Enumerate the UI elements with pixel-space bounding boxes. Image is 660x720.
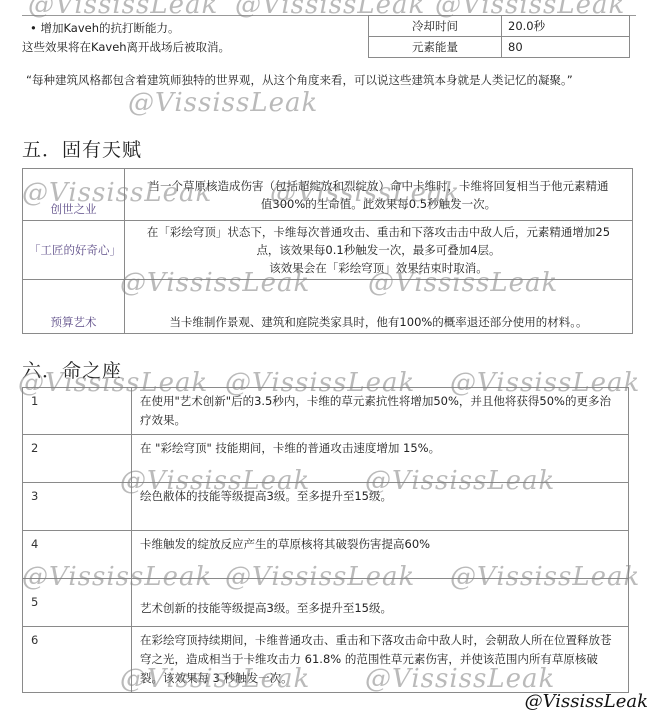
constellation-row: 3 绘色敝体的技能等级提高3级。至多提升至15级。 [23,483,629,531]
stat-value: 80 [502,37,630,58]
constellation-desc: 在 "彩绘穹顶" 技能期间，卡维的普通攻击速度增加 15%。 [132,435,629,483]
skill-stats-table: 冷却时间 20.0秒 元素能量 80 [368,15,630,58]
constellation-desc: 艺术创新的技能等级提高3级。至多提升至15级。 [132,579,629,627]
talent-name: 创世之业 [23,169,125,221]
cancel-note: 这些效果将在Kaveh离开战场后被取消。 [22,39,230,55]
constellation-number: 4 [23,531,132,579]
talent-desc: 在「彩绘穹顶」状态下，卡维每次普通攻击、重击和下落攻击击中敌人后，元素精通增加2… [125,221,633,280]
talent-name: 「工匠的好奇心」 [23,221,125,280]
watermark-corner: @VississLeak [525,691,648,712]
watermark: @VississLeak [128,88,318,118]
passive-talents-table: 创世之业 当一个草原核造成伤害（包括超绽放和烈绽放）命中卡维时，卡维将回复相当于… [22,168,633,334]
section-title-passive-talents: 五．固有天赋 [22,135,142,162]
talent-desc-line: 该效果会在「彩绘穹顶」效果结束时取消。 [131,259,626,277]
stat-label: 冷却时间 [369,16,502,37]
talent-desc-line: 在「彩绘穹顶」状态下，卡维每次普通攻击、重击和下落攻击击中敌人后，元素精通增加2… [131,223,626,241]
constellation-desc: 在彩绘穹顶持续期间，卡维普通攻击、重击和下落攻击命中敌人时，会朝敌人所在位置释放… [132,627,629,693]
talent-desc: 当卡维制作景观、建筑和庭院类家具时，他有100%的概率退还部分使用的材料。。 [125,280,633,334]
stat-label: 元素能量 [369,37,502,58]
constellation-number: 2 [23,435,132,483]
constellation-desc: 绘色敝体的技能等级提高3级。至多提升至15级。 [132,483,629,531]
constellation-row: 6 在彩绘穹顶持续期间，卡维普通攻击、重击和下落攻击命中敌人时，会朝敌人所在位置… [23,627,629,693]
constellation-desc: 卡维触发的绽放反应产生的草原核将其破裂伤害提高60% [132,531,629,579]
stat-value: 20.0秒 [502,16,630,37]
effect-bullet: • 增加Kaveh的抗打断能力。 [30,20,180,36]
talent-desc: 当一个草原核造成伤害（包括超绽放和烈绽放）命中卡维时，卡维将回复相当于他元素精通… [125,169,633,221]
constellation-row: 4 卡维触发的绽放反应产生的草原核将其破裂伤害提高60% [23,531,629,579]
constellation-number: 1 [23,388,132,435]
talent-name: 预算艺术 [23,280,125,334]
watermark: @VississLeak [28,0,218,20]
constellation-number: 6 [23,627,132,693]
constellation-row: 5 艺术创新的技能等级提高3级。至多提升至15级。 [23,579,629,627]
constellation-number: 5 [23,579,132,627]
constellation-number: 3 [23,483,132,531]
constellations-table: 1 在使用"艺术创新"后的3.5秒内，卡维的草元素抗性将增加50%，并且他将获得… [22,387,629,693]
talent-row: 预算艺术 当卡维制作景观、建筑和庭院类家具时，他有100%的概率退还部分使用的材… [23,280,633,334]
talent-row: 「工匠的好奇心」 在「彩绘穹顶」状态下，卡维每次普通攻击、重击和下落攻击击中敌人… [23,221,633,280]
talent-desc-line: 当卡维制作景观、建筑和庭院类家具时，他有100%的概率退还部分使用的材料。。 [131,313,626,331]
section-title-constellations: 六．命之座 [22,356,122,383]
stat-row: 冷却时间 20.0秒 [369,16,630,37]
talent-row: 创世之业 当一个草原核造成伤害（包括超绽放和烈绽放）命中卡维时，卡维将回复相当于… [23,169,633,221]
talent-desc-line: 值300%的生命值。此效果每0.5秒触发一次。 [131,195,626,213]
constellation-desc: 在使用"艺术创新"后的3.5秒内，卡维的草元素抗性将增加50%，并且他将获得50… [132,388,629,435]
talent-desc-line: 点，该效果每0.1秒触发一次，最多可叠加4层。 [131,241,626,259]
constellation-row: 2 在 "彩绘穹顶" 技能期间，卡维的普通攻击速度增加 15%。 [23,435,629,483]
talent-desc-line: 当一个草原核造成伤害（包括超绽放和烈绽放）命中卡维时，卡维将回复相当于他元素精通 [131,177,626,195]
constellation-row: 1 在使用"艺术创新"后的3.5秒内，卡维的草元素抗性将增加50%，并且他将获得… [23,388,629,435]
stat-row: 元素能量 80 [369,37,630,58]
quote: “每种建筑风格都包含着建筑师独特的世界观，从这个角度来看，可以说这些建筑本身就是… [26,72,573,88]
